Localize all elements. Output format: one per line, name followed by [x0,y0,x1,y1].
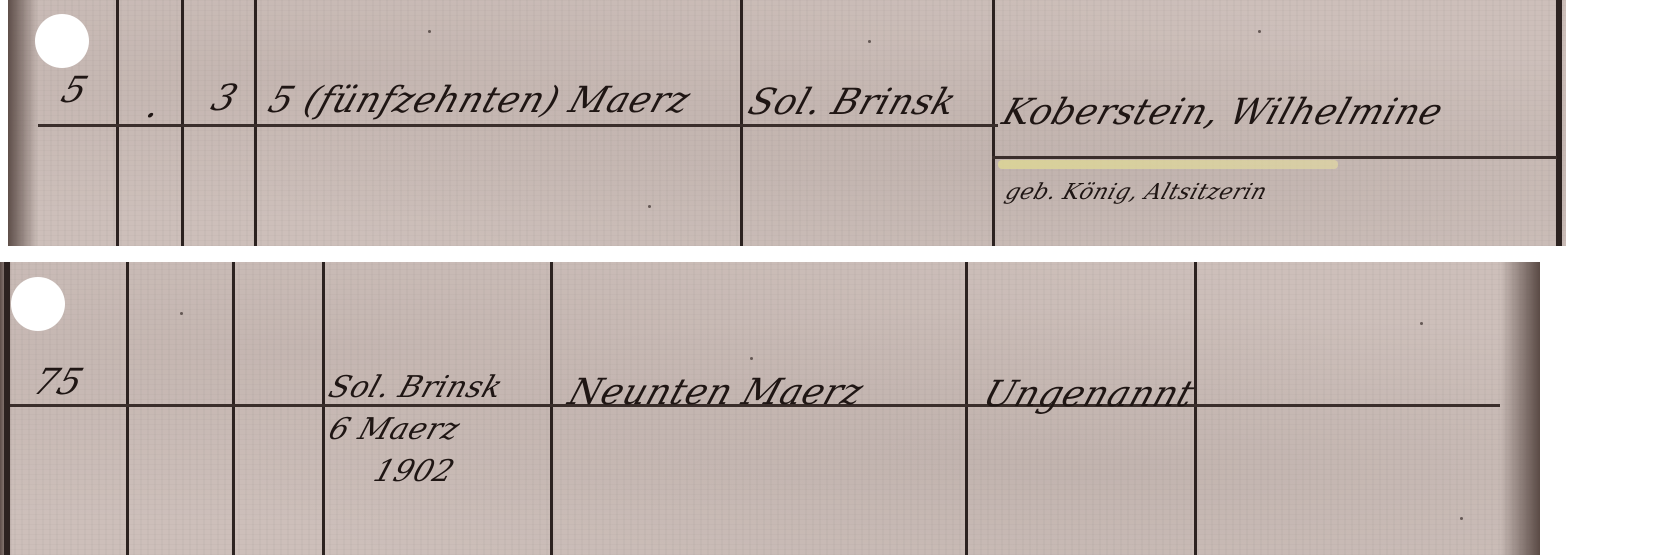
column-rule [992,0,995,246]
row-rule [992,156,1557,159]
column-rule [1194,262,1197,555]
column-rule [4,262,10,555]
register-strip-bottom: 75 Sol. Brinsk 6 Maerz 1902 Neunten Maer… [0,262,1540,555]
row-rule [38,124,998,127]
paper-speck [1460,517,1463,520]
paper-speck [428,30,431,33]
place: Sol. Brinsk [743,82,961,123]
event-date: 5 (fünfzehnten) Maerz [263,80,695,121]
paper-speck [868,40,871,43]
paper-speck [750,357,753,360]
registration-year: 1902 [369,454,459,489]
column-rule [322,262,325,555]
scan-shadow-left [8,0,38,246]
column-3-value: 3 [206,78,243,119]
event-date: Neunten Maerz [563,372,868,413]
column-rule [181,0,184,246]
scan-shadow-right [1500,262,1540,555]
highlight-mark [998,160,1338,169]
register-strip-top: 5 . 3 5 (fünfzehnten) Maerz Sol. Brinsk … [8,0,1566,246]
punch-hole [11,277,65,331]
column-rule [740,0,743,246]
column-rule [965,262,968,555]
column-rule [550,262,553,555]
punch-hole [35,14,89,68]
person-details: geb. König, Altsitzerin [1002,180,1270,205]
column-2-mark: . [141,85,166,126]
person-name: Koberstein, Wilhelmine [997,92,1448,133]
column-rule [116,0,119,246]
column-rule [254,0,257,246]
column-rule [232,262,235,555]
paper-speck [1258,30,1261,33]
paper-speck [1420,322,1423,325]
paper-speck [648,205,651,208]
registration-place: Sol. Brinsk [324,370,507,405]
note: Ungenannt [978,374,1199,415]
paper-speck [180,312,183,315]
entry-number: 75 [28,362,88,403]
registration-date: 6 Maerz [324,412,464,447]
entry-number: 5 [56,70,93,111]
column-rule [1556,0,1562,246]
column-rule [126,262,129,555]
